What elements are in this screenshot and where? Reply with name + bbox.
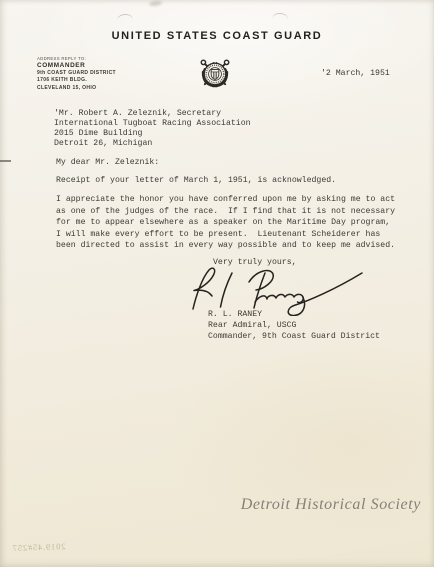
letterhead-title: UNITED STATES COAST GUARD xyxy=(0,30,434,42)
letterhead-address-block: ADDRESS REPLY TO: COMMANDER 9th COAST GU… xyxy=(37,56,116,92)
letterhead-city: CLEVELAND 15, OHIO xyxy=(37,85,116,92)
accession-number-bleedthrough: 2019.45#257 xyxy=(12,541,66,553)
salutation: My dear Mr. Zeleznik: xyxy=(56,158,159,167)
paper-impression-mark xyxy=(117,13,134,26)
recipient-address: 'Mr. Robert A. Zeleznik, Secretary Inter… xyxy=(54,109,251,149)
letter-date: '2 March, 1951 xyxy=(321,69,390,78)
scanned-letter-page: UNITED STATES COAST GUARD ADDRESS REPLY … xyxy=(0,0,434,567)
signature-block: R. L. RANEY Rear Admiral, USCG Commander… xyxy=(208,309,380,342)
uscg-seal-icon xyxy=(191,50,239,98)
body-paragraph: I appreciate the honor you have conferre… xyxy=(56,194,395,252)
margin-pencil-mark xyxy=(0,160,11,162)
paper-impression-mark xyxy=(272,13,289,26)
pencil-smudge xyxy=(149,0,163,7)
letterhead-district: 9th COAST GUARD DISTRICT xyxy=(37,70,116,77)
letterhead-commander: COMMANDER xyxy=(37,62,116,70)
letterhead-building: 1706 KEITH BLDG. xyxy=(37,77,116,84)
watermark-text: Detroit Historical Society xyxy=(241,496,421,514)
acknowledgement-line: Receipt of your letter of March 1, 1951,… xyxy=(56,176,336,185)
reply-label: ADDRESS REPLY TO: xyxy=(37,56,116,61)
